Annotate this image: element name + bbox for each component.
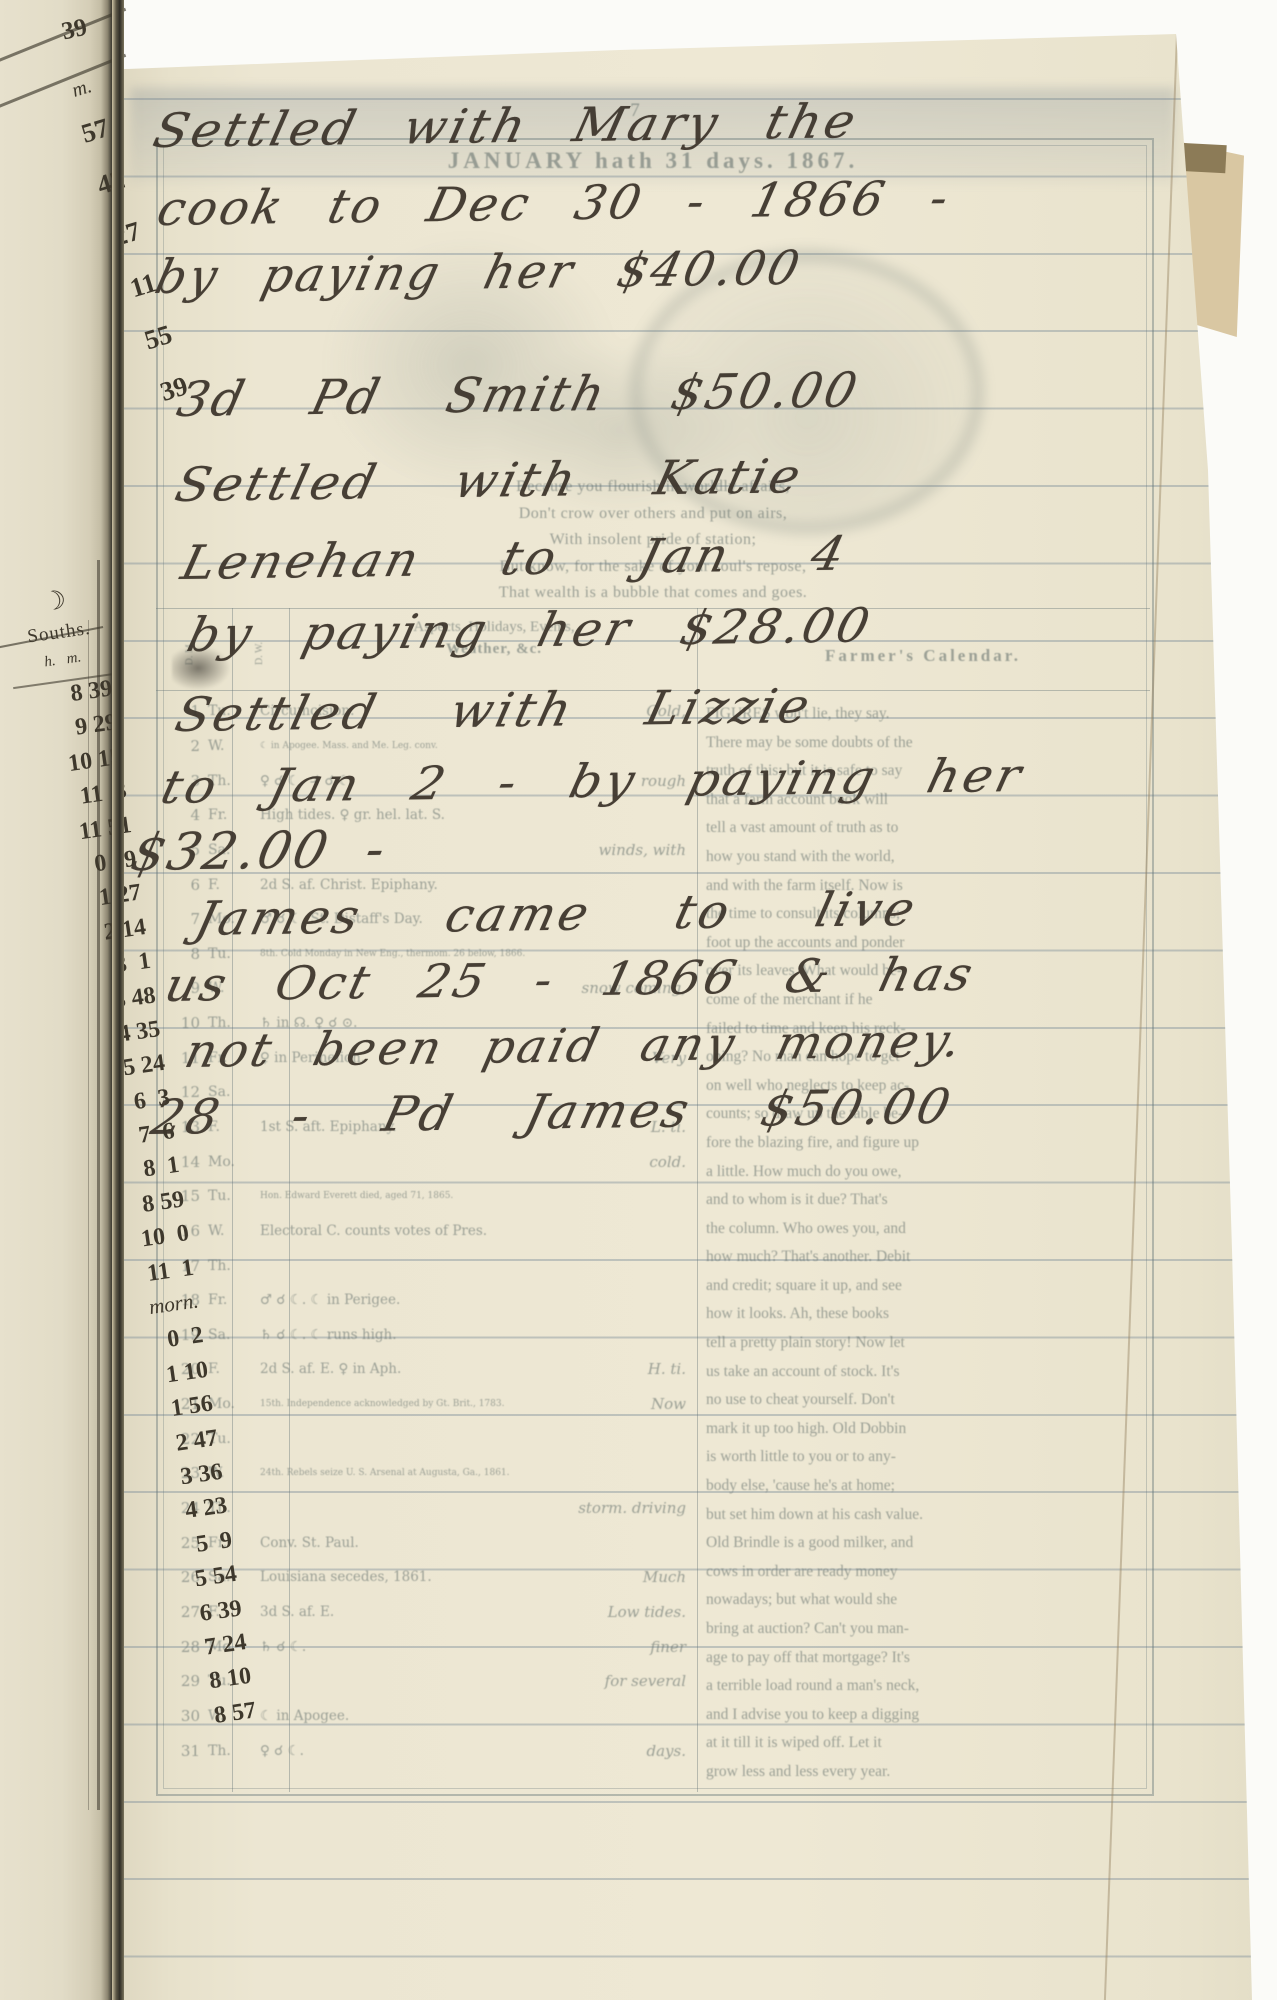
farmers-calendar-line: and credit; square it up, and see — [706, 1272, 1144, 1301]
weekday-abbrev: Th. — [208, 1743, 260, 1759]
calendar-day-row: 14Mo.cold. — [158, 1144, 694, 1179]
day-events: 24th. Rebels seize U. S. Arsenal at Augu… — [260, 1468, 686, 1478]
calendar-day-row: 31Th.♀ ☌ ☾.days. — [158, 1733, 694, 1768]
handwritten-line: not been paid any money. — [180, 1013, 970, 1078]
farmers-calendar-line: but set him down at his cash value. — [706, 1501, 1144, 1530]
weather-word: Much — [643, 1568, 694, 1586]
day-events: Conv. St. Paul. — [260, 1535, 686, 1551]
farmers-calendar-line: at it till it is wiped off. Let it — [706, 1729, 1144, 1758]
day-events: Louisiana secedes, 1861. — [260, 1569, 643, 1585]
day-events: 2d S. af. E. ♀ in Aph. — [260, 1361, 648, 1377]
facing-page-strip: 39 m. 574227115539 ☽ Souths. h. m. 8 399… — [0, 0, 112, 2000]
handwritten-line: 3d Pd Smith $50.00 — [172, 362, 865, 428]
day-events: ☾ in Apogee. Mass. and Me. Leg. conv. — [260, 741, 686, 751]
weather-word: days. — [647, 1742, 695, 1760]
farmers-text: FIGURES won't lie, they say.There may be… — [706, 700, 1144, 1787]
calendar-day-row: 21Mo.15th. Independence acknowledged by … — [158, 1387, 694, 1422]
farmers-calendar-line: and I advise you to keep a digging — [706, 1701, 1144, 1730]
farmers-calendar-line: how it looks. Ah, these books — [706, 1300, 1144, 1329]
weather-word: winds, with — [599, 841, 694, 859]
day-events: ♂ ☌ ☾. ☾ in Perigee. — [260, 1292, 686, 1308]
farmers-calendar-line: body else, 'cause he's at home; — [706, 1472, 1144, 1501]
farmers-calendar-line: cows in order are ready money — [706, 1558, 1144, 1587]
farmers-calendar-line: bring at auction? Can't you man- — [706, 1615, 1144, 1644]
weekday-abbrev: Tu. — [208, 1188, 260, 1204]
calendar-day-row: 24Th.storm. driving — [158, 1491, 694, 1526]
day-events: ♀ ☌ ☾. — [260, 1743, 647, 1759]
handwritten-line: by paying her $28.00 — [182, 598, 878, 663]
handwritten-line: 28 - Pd James $50.00 — [146, 1079, 958, 1146]
farmers-calendar-line: how you stand with the world, — [706, 843, 1144, 872]
calendar-day-row: 17Th. — [158, 1248, 694, 1283]
weekday-abbrev: Fr. — [208, 1292, 260, 1308]
farmers-calendar-line: how much? That's another. Debit — [706, 1243, 1144, 1272]
farmers-calendar-line: age to pay off that mortgage? It's — [706, 1644, 1144, 1673]
weekday-abbrev: Sa. — [208, 1327, 260, 1343]
calendar-day-row: 23W.24th. Rebels seize U. S. Arsenal at … — [158, 1456, 694, 1491]
weather-word: cold. — [649, 1153, 694, 1171]
handwritten-line: Settled with Katie — [170, 449, 809, 513]
farmers-calendar-line: mark it up too high. Old Dobbin — [706, 1415, 1144, 1444]
weather-word: for several — [605, 1672, 694, 1690]
weather-word: Now — [651, 1395, 694, 1413]
farmers-calendar-line: a little. How much do you owe, — [706, 1158, 1144, 1187]
farmers-calendar-line: tell a vast amount of truth as to — [706, 814, 1144, 843]
farmers-calendar-line: and to whom is it due? That's — [706, 1186, 1144, 1215]
handwritten-line: James came to live — [190, 882, 923, 947]
farmers-calendar-line: the column. Who owes you, and — [706, 1215, 1144, 1244]
handwritten-line: Settled with Lizzie — [170, 679, 818, 743]
farmers-calendar-line: is worth little to you or to any- — [706, 1443, 1144, 1472]
day-events: 3d S. af. E. — [260, 1604, 608, 1620]
farmers-calendar-line: no use to cheat yourself. Don't — [706, 1386, 1144, 1415]
weekday-abbrev: Th. — [208, 1258, 260, 1274]
day-events: ☾ in Apogee. — [260, 1708, 686, 1724]
weather-word: Low tides. — [608, 1603, 694, 1621]
calendar-day-row: 22Tu. — [158, 1421, 694, 1456]
calendar-day-row: 16W.Electoral C. counts votes of Pres. — [158, 1214, 694, 1249]
day-events: 15th. Independence acknowledged by Gt. B… — [260, 1399, 651, 1409]
weather-word: finer — [650, 1638, 694, 1656]
farmers-calendar-line: grow less and less every year. — [706, 1758, 1144, 1787]
facing-page-corner-value: 39 — [59, 14, 90, 47]
calendar-day-row: 18Fr.♂ ☌ ☾. ☾ in Perigee. — [158, 1283, 694, 1318]
farmers-calendar-line: nowadays; but what would she — [706, 1586, 1144, 1615]
weather-word: storm. driving — [578, 1499, 694, 1517]
weekday-abbrev: W. — [208, 1223, 260, 1239]
weekday-abbrev: Mo. — [208, 1154, 260, 1170]
calendar-day-row: 19Sa.♄ ☌ ☾. ☾ runs high. — [158, 1318, 694, 1353]
handwritten-line: by paying her $40.00 — [150, 241, 807, 305]
handwritten-line: cook to Dec 30 - 1866 - — [152, 171, 957, 237]
farmers-calendar-line: us take an account of stock. It's — [706, 1358, 1144, 1387]
farmers-calendar-line: a terrible load round a man's neck, — [706, 1672, 1144, 1701]
page-gutter — [112, 0, 124, 2000]
calendar-day-row: 20F.2d S. af. E. ♀ in Aph.H. ti. — [158, 1352, 694, 1387]
farmers-calendar-line: tell a pretty plain story! Now let — [706, 1329, 1144, 1358]
almanac-diary-photo: 7 JANUARY hath 31 days. 1867. Because yo… — [0, 0, 1277, 2000]
day-events: ♄ ☌ ☾. — [260, 1639, 650, 1655]
farmers-calendar-line: Old Brindle is a good milker, and — [706, 1529, 1144, 1558]
handwritten-line: Settled with Mary the — [148, 94, 864, 159]
weather-word: H. ti. — [648, 1360, 694, 1378]
handwritten-line: us Oct 25 - 1866 & has — [160, 947, 981, 1012]
calendar-day-row: 15Tu.Hon. Edward Everett died, aged 71, … — [158, 1179, 694, 1214]
day-events: ♄ ☌ ☾. ☾ runs high. — [260, 1327, 686, 1343]
handwritten-line: $32.00 - — [126, 820, 394, 883]
handwritten-line: Lenehan to Jan 4 — [176, 527, 853, 591]
day-events: Electoral C. counts votes of Pres. — [260, 1223, 686, 1239]
day-events: Hon. Edward Everett died, aged 71, 1865. — [260, 1191, 686, 1201]
